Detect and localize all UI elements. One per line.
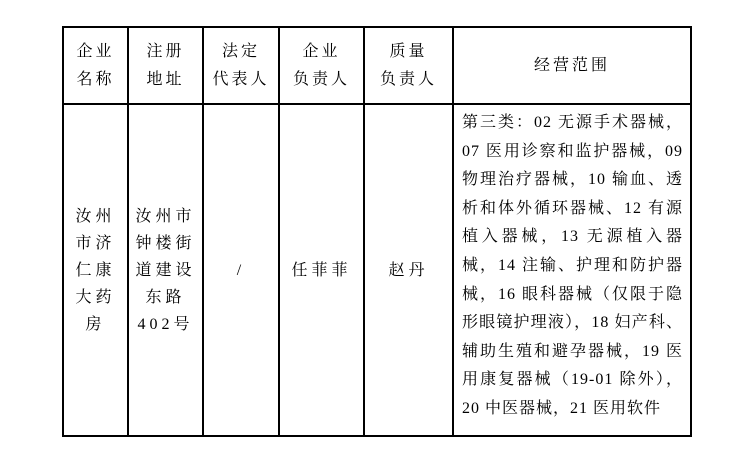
company-info-table: 企业 名称 注册 地址 法定 代表人 企业 负责人 质量 负责人 经营范围 汝州…	[62, 26, 692, 437]
table-row: 汝州市济仁康大药房 汝州市钟楼街道建设东路402号 / 任菲菲 赵丹 第三类：0…	[63, 104, 691, 436]
header-company-name: 企业 名称	[63, 27, 128, 104]
cell-company-name: 汝州市济仁康大药房	[63, 104, 128, 436]
cell-legal-representative: /	[203, 104, 279, 436]
header-business-scope: 经营范围	[453, 27, 691, 104]
cell-business-scope: 第三类：02 无源手术器械，07 医用诊察和监护器械，09 物理治疗器械，10 …	[453, 104, 691, 436]
header-registered-address: 注册 地址	[128, 27, 203, 104]
cell-registered-address: 汝州市钟楼街道建设东路402号	[128, 104, 203, 436]
cell-enterprise-principal: 任菲菲	[279, 104, 364, 436]
header-row: 企业 名称 注册 地址 法定 代表人 企业 负责人 质量 负责人 经营范围	[63, 27, 691, 104]
header-quality-principal: 质量 负责人	[364, 27, 453, 104]
cell-quality-principal: 赵丹	[364, 104, 453, 436]
header-enterprise-principal: 企业 负责人	[279, 27, 364, 104]
header-legal-representative: 法定 代表人	[203, 27, 279, 104]
